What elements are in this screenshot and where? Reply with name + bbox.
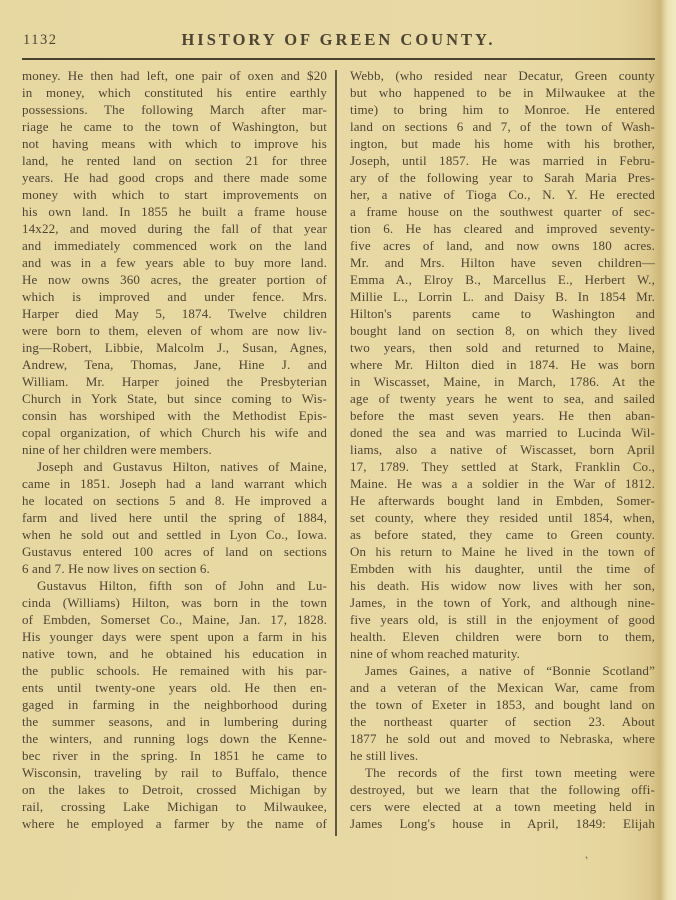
text-line: and immediately commenced work on the la… bbox=[22, 237, 327, 254]
text-line: before the mast seven years. He then aba… bbox=[350, 407, 655, 424]
text-line: where he employed a farmer by the name o… bbox=[22, 815, 327, 832]
text-line: money with which to start improvements o… bbox=[22, 186, 327, 203]
text-line: farm and lived here until the spring of … bbox=[22, 509, 327, 526]
text-line: were born to them, eleven of whom are no… bbox=[22, 322, 327, 339]
text-line: Embden with his daughter, until the time… bbox=[350, 560, 655, 577]
text-line: set county, where they resided until 185… bbox=[350, 509, 655, 526]
text-line: the town of Exeter in 1853, and bought l… bbox=[350, 696, 655, 713]
text-line: On his return to Maine he lived in the t… bbox=[350, 543, 655, 560]
text-line: came in 1851. Joseph had a land warrant … bbox=[22, 475, 327, 492]
text-line: rail, crossing Lake Michigan to Milwauke… bbox=[22, 798, 327, 815]
text-line: in money, which constituted his entire e… bbox=[22, 84, 327, 101]
text-line: five years old, is still in the enjoymen… bbox=[350, 611, 655, 628]
text-line: land, he rented land on section 21 for t… bbox=[22, 152, 327, 169]
text-line: 6 and 7. He now lives on section 6. bbox=[22, 560, 327, 577]
text-line: Joseph and Gustavus Hilton, natives of M… bbox=[22, 458, 327, 475]
text-line: her, a native of Tioga Co., N. Y. He ere… bbox=[350, 186, 655, 203]
text-line: he located on sections 5 and 8. He impro… bbox=[22, 492, 327, 509]
header-rule bbox=[22, 58, 655, 60]
text-line: the winters, and running logs down the K… bbox=[22, 730, 327, 747]
text-line: doned the sea and was married to Lucinda… bbox=[350, 424, 655, 441]
text-line: Millie L., Lorrin L. and Daisy B. In 185… bbox=[350, 288, 655, 305]
text-line: James Long's house in April, 1849: Elija… bbox=[350, 815, 655, 832]
text-line: James Gaines, a native of “Bonnie Scotla… bbox=[350, 662, 655, 679]
text-line: bec river in the spring. In 1851 he came… bbox=[22, 747, 327, 764]
paragraph: The records of the first town meeting we… bbox=[350, 764, 655, 832]
text-line: cers were elected at a town meeting held… bbox=[350, 798, 655, 815]
text-line: gaged in farming in the neighborhood dur… bbox=[22, 696, 327, 713]
page-number: 1132 bbox=[23, 32, 57, 49]
text-line: He afterwards bought land in Embden, Som… bbox=[350, 492, 655, 509]
text-line: 17, 1789. They settled at Stark, Frankli… bbox=[350, 458, 655, 475]
text-line: cinda (Williams) Hilton, was born in the… bbox=[22, 594, 327, 611]
text-line: in Wiscasset, Maine, in March, 1786. At … bbox=[350, 373, 655, 390]
text-line: Emma A., Elroy B., Marcellus E., Herbert… bbox=[350, 271, 655, 288]
paragraph: Gustavus Hilton, fifth son of John and L… bbox=[22, 577, 327, 832]
text-line: riage he came to the town of Washington,… bbox=[22, 118, 327, 135]
text-line: 14x22, and moved during the fall of that… bbox=[22, 220, 327, 237]
text-line: ington, but made his home with his broth… bbox=[350, 135, 655, 152]
text-line: his own land. In 1855 he built a frame h… bbox=[22, 203, 327, 220]
text-line: the summer seasons, and in lumbering dur… bbox=[22, 713, 327, 730]
book-page: 1132 HISTORY OF GREEN COUNTY. money. He … bbox=[0, 0, 676, 900]
text-line: destroyed, but we learn that the followi… bbox=[350, 781, 655, 798]
text-line: ary of the following year to Sarah Maria… bbox=[350, 169, 655, 186]
text-line: consin has worshiped with the Methodist … bbox=[22, 407, 327, 424]
text-line: Hilton's parents came to Washington and bbox=[350, 305, 655, 322]
text-line: nine of whom reached maturity. bbox=[350, 645, 655, 662]
text-line: but who happened to be in Milwaukee at t… bbox=[350, 84, 655, 101]
text-line: which is improved and under fence. Mrs. bbox=[22, 288, 327, 305]
right-column: Webb, (who resided near Decatur, Green c… bbox=[350, 67, 655, 832]
text-line: when he sold out and settled in Lyon Co.… bbox=[22, 526, 327, 543]
text-line: Church in York State, but since coming t… bbox=[22, 390, 327, 407]
text-line: five acres of land, and now owns 180 acr… bbox=[350, 237, 655, 254]
text-line: as before stated, they came to Green cou… bbox=[350, 526, 655, 543]
text-line: Gustavus Hilton, fifth son of John and L… bbox=[22, 577, 327, 594]
text-line: Maine. He was a a soldier in the War of … bbox=[350, 475, 655, 492]
text-line: on the lakes to Detroit, crossed Michiga… bbox=[22, 781, 327, 798]
paragraph: Joseph and Gustavus Hilton, natives of M… bbox=[22, 458, 327, 577]
text-line: age of twenty years he went to sea, and … bbox=[350, 390, 655, 407]
text-line: years. He had good crops and there made … bbox=[22, 169, 327, 186]
text-line: His younger days were spent upon a farm … bbox=[22, 628, 327, 645]
text-line: Joseph, until 1857. He was married in Fe… bbox=[350, 152, 655, 169]
text-line: 1877 he sold out and moved to Nebraska, … bbox=[350, 730, 655, 747]
text-line: he still lives. bbox=[350, 747, 655, 764]
text-line: possessions. The following March after m… bbox=[22, 101, 327, 118]
text-line: liams, also a native of Wiscasset, born … bbox=[350, 441, 655, 458]
text-line: time) to bring him to Monroe. He entered bbox=[350, 101, 655, 118]
text-line: of Embden, Somerset Co., Maine, Jan. 17,… bbox=[22, 611, 327, 628]
text-line: ents until twenty-one years old. He then… bbox=[22, 679, 327, 696]
text-line: He now owns 360 acres, the greater porti… bbox=[22, 271, 327, 288]
paragraph: Webb, (who resided near Decatur, Green c… bbox=[350, 67, 655, 662]
text-line: copal organization, of which Church his … bbox=[22, 424, 327, 441]
page-header: 1132 HISTORY OF GREEN COUNTY. bbox=[22, 30, 655, 50]
text-line: Andrew, Tena, Thomas, Jane, Hine J. and bbox=[22, 356, 327, 373]
text-line: bought land on section 8, on which they … bbox=[350, 322, 655, 339]
left-column: money. He then had left, one pair of oxe… bbox=[22, 67, 327, 832]
text-line: the northeast quarter of section 23. Abo… bbox=[350, 713, 655, 730]
text-line: two years, then sold and returned to Mai… bbox=[350, 339, 655, 356]
text-line: Webb, (who resided near Decatur, Green c… bbox=[350, 67, 655, 84]
text-line: ing—Robert, Libbie, Malcolm J., Susan, A… bbox=[22, 339, 327, 356]
text-line: and was in a few years able to buy more … bbox=[22, 254, 327, 271]
text-line: nine of her children were members. bbox=[22, 441, 327, 458]
text-line: Gustavus entered 100 acres of land on se… bbox=[22, 543, 327, 560]
text-line: The records of the first town meeting we… bbox=[350, 764, 655, 781]
text-line: the public schools. He remained with his… bbox=[22, 662, 327, 679]
text-line: Wisconsin, traveling by rail to Buffalo,… bbox=[22, 764, 327, 781]
text-line: native town, and he obtained his educati… bbox=[22, 645, 327, 662]
paragraph: money. He then had left, one pair of oxe… bbox=[22, 67, 327, 458]
print-speck: , bbox=[582, 849, 590, 861]
text-line: money. He then had left, one pair of oxe… bbox=[22, 67, 327, 84]
text-line: Mr. and Mrs. Hilton have seven children— bbox=[350, 254, 655, 271]
text-line: his death. His widow now lives with her … bbox=[350, 577, 655, 594]
text-line: where Mr. Hilton died in 1874. He was bo… bbox=[350, 356, 655, 373]
text-line: and a veteran of the Mexican War, came f… bbox=[350, 679, 655, 696]
text-line: health. Eleven children were born to the… bbox=[350, 628, 655, 645]
text-line: James, in the town of York, and although… bbox=[350, 594, 655, 611]
text-line: land on sections 6 and 7, of the town of… bbox=[350, 118, 655, 135]
running-title: HISTORY OF GREEN COUNTY. bbox=[22, 30, 655, 50]
text-line: tion 6. He has cleared and improved seve… bbox=[350, 220, 655, 237]
column-divider bbox=[335, 70, 337, 836]
text-line: a frame house on the southwest quarter o… bbox=[350, 203, 655, 220]
text-line: not having means with which to improve h… bbox=[22, 135, 327, 152]
text-line: William. Mr. Harper joined the Presbyter… bbox=[22, 373, 327, 390]
text-line: Harper died May 5, 1874. Twelve children bbox=[22, 305, 327, 322]
paragraph: James Gaines, a native of “Bonnie Scotla… bbox=[350, 662, 655, 764]
